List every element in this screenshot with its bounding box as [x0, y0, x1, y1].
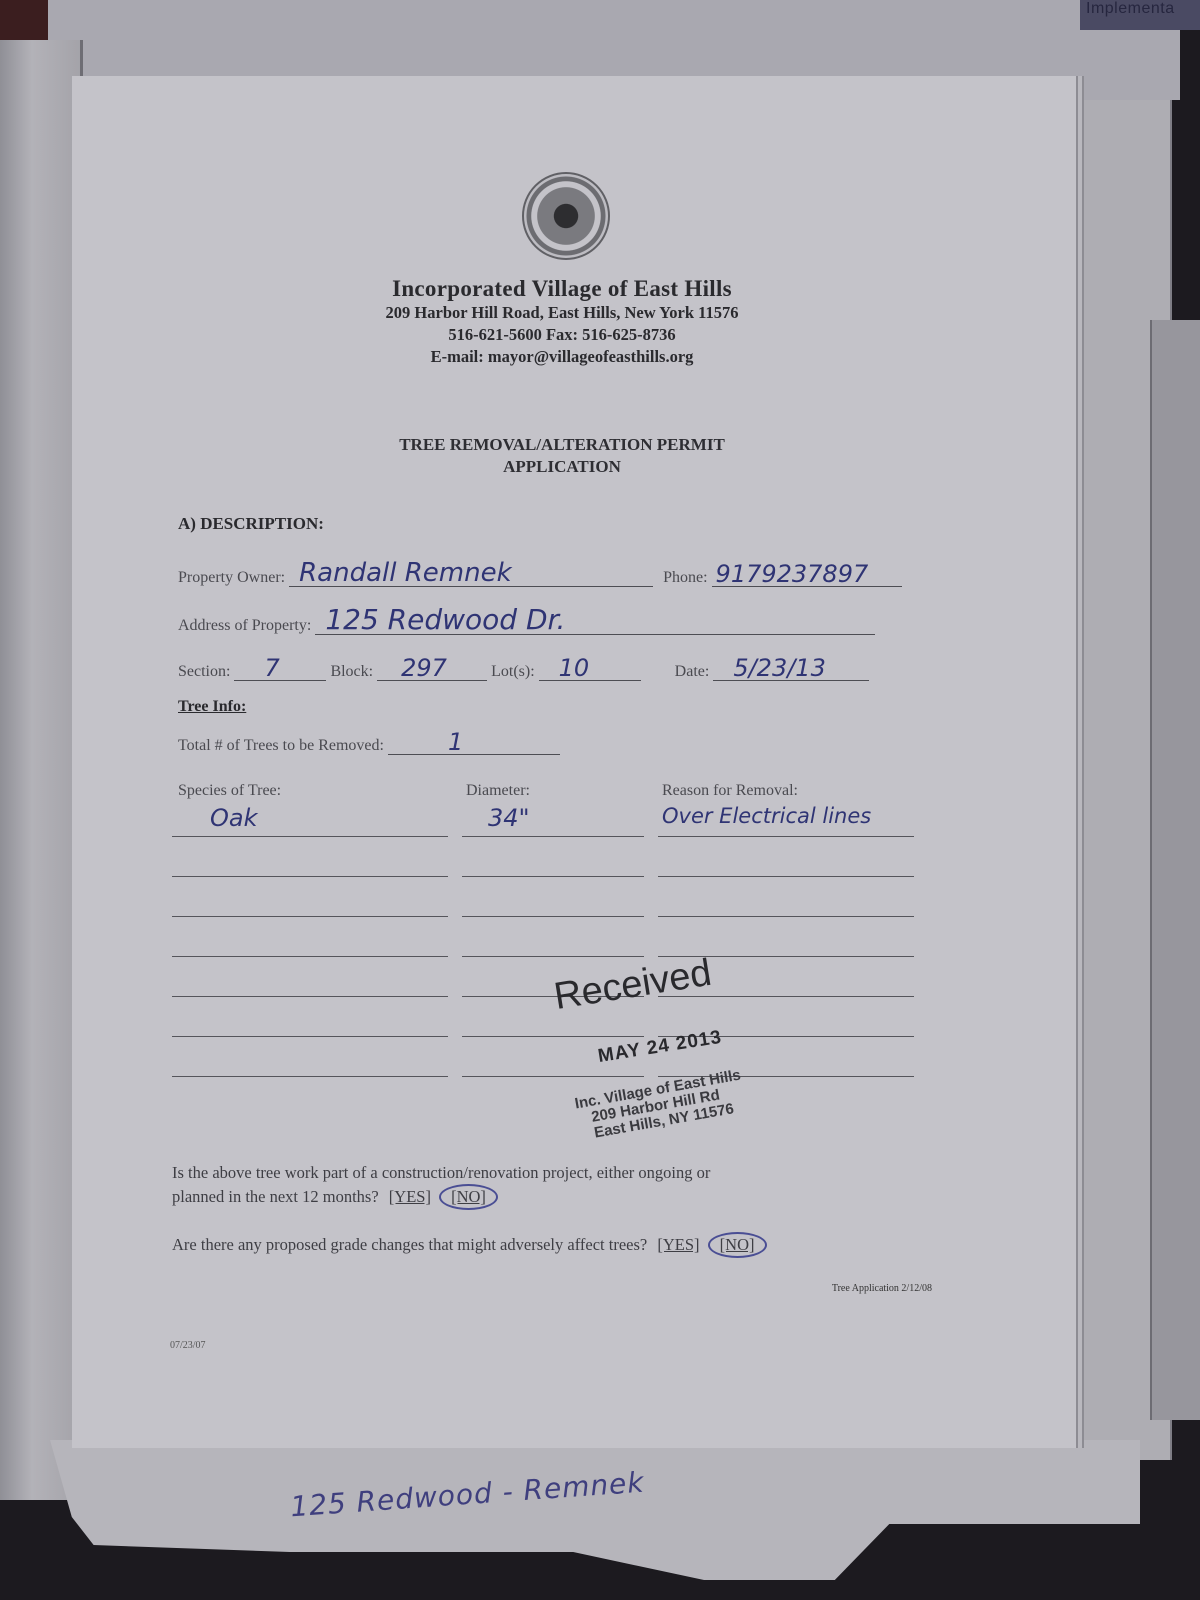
- tree-reason-value: Over Electrical lines: [662, 804, 871, 828]
- received-stamp-address: Inc. Village of East Hills 209 Harbor Hi…: [574, 1068, 748, 1144]
- tree-table-cell-line[interactable]: [462, 1076, 644, 1077]
- address-field[interactable]: 125 Redwood Dr.: [315, 608, 875, 635]
- address-row: Address of Property: 125 Redwood Dr.: [178, 608, 875, 635]
- address-label: Address of Property:: [178, 617, 311, 635]
- construction-yes-option[interactable]: [YES]: [389, 1187, 431, 1206]
- background-folder-label: Implementa: [1080, 0, 1200, 30]
- property-owner-field[interactable]: Randall Remnek: [289, 560, 653, 587]
- form-version-code: Tree Application 2/12/08: [832, 1283, 932, 1294]
- question-construction-line1: Is the above tree work part of a constru…: [172, 1162, 710, 1184]
- tree-table-cell-line[interactable]: [172, 1076, 448, 1077]
- tree-table-cell-line[interactable]: [658, 916, 914, 917]
- tree-table-cell-line[interactable]: [172, 916, 448, 917]
- tree-table-cell-line[interactable]: [172, 836, 448, 837]
- column-header-diameter: Diameter:: [466, 782, 530, 800]
- total-trees-field[interactable]: 1: [388, 728, 560, 755]
- tree-table-cell-line[interactable]: [172, 876, 448, 877]
- form-content: Incorporated Village of East Hills 209 H…: [172, 76, 952, 1448]
- background-right-sheet: [1150, 320, 1200, 1420]
- received-stamp-date: MAY 24 2013: [597, 1027, 724, 1068]
- tree-table-cell-line[interactable]: [172, 996, 448, 997]
- tree-table-cell-line[interactable]: [462, 876, 644, 877]
- tree-species-value: Oak: [210, 804, 258, 832]
- village-seal-icon: [522, 172, 610, 260]
- permit-form-page: Incorporated Village of East Hills 209 H…: [72, 76, 1076, 1448]
- date-field[interactable]: 5/23/13: [713, 654, 869, 681]
- folder-label-text: Implementa: [1086, 0, 1175, 18]
- property-owner-label: Property Owner:: [178, 569, 285, 587]
- lots-value: 10: [559, 654, 590, 682]
- block-field[interactable]: 297: [377, 654, 487, 681]
- organization-address: 209 Harbor Hill Road, East Hills, New Yo…: [172, 302, 952, 324]
- form-footer-left-code: 07/23/07: [170, 1340, 206, 1351]
- tree-table-cell-line[interactable]: [658, 836, 914, 837]
- organization-name: Incorporated Village of East Hills: [172, 276, 952, 302]
- phone-value: 9179237897: [716, 560, 869, 588]
- organization-email: E-mail: mayor@villageofeasthills.org: [172, 346, 952, 368]
- address-value: 125 Redwood Dr.: [325, 603, 565, 636]
- form-title-line1: TREE REMOVAL/ALTERATION PERMIT: [172, 434, 952, 456]
- background-left-binder: [0, 40, 83, 1500]
- section-label: Section:: [178, 663, 230, 681]
- question-construction-line2: planned in the next 12 months? [YES] [NO…: [172, 1184, 710, 1210]
- grade-changes-no-option-circled[interactable]: [NO]: [708, 1232, 767, 1258]
- property-owner-value: Randall Remnek: [299, 558, 512, 588]
- block-label: Block:: [330, 663, 373, 681]
- tree-table-cell-line[interactable]: [462, 956, 644, 957]
- section-value: 7: [264, 654, 279, 682]
- form-title: TREE REMOVAL/ALTERATION PERMIT APPLICATI…: [172, 434, 952, 478]
- tree-table-cell-line[interactable]: [172, 956, 448, 957]
- parcel-row: Section: 7 Block: 297 Lot(s): 10 Date: 5…: [178, 654, 869, 681]
- total-trees-label: Total # of Trees to be Removed:: [178, 737, 384, 755]
- total-trees-value: 1: [448, 728, 463, 756]
- phone-label: Phone:: [663, 569, 707, 587]
- lots-label: Lot(s):: [491, 663, 535, 681]
- question-construction: Is the above tree work part of a constru…: [172, 1162, 710, 1210]
- tree-table-cell-line[interactable]: [462, 836, 644, 837]
- question-grade-changes-text: Are there any proposed grade changes tha…: [172, 1235, 647, 1254]
- block-value: 297: [401, 654, 447, 682]
- form-title-line2: APPLICATION: [172, 456, 952, 478]
- received-stamp-title: Received: [551, 952, 714, 1019]
- date-label: Date:: [675, 663, 710, 681]
- tree-diameter-value: 34": [488, 804, 530, 832]
- tree-table-cell-line[interactable]: [658, 876, 914, 877]
- lots-field[interactable]: 10: [539, 654, 641, 681]
- tree-table-cell-line[interactable]: [172, 1036, 448, 1037]
- organization-phone-fax: 516-621-5600 Fax: 516-625-8736: [172, 324, 952, 346]
- phone-field[interactable]: 9179237897: [712, 560, 902, 587]
- letterhead: Incorporated Village of East Hills 209 H…: [172, 276, 952, 368]
- tree-info-heading: Tree Info:: [178, 698, 246, 716]
- column-header-reason: Reason for Removal:: [662, 782, 798, 800]
- construction-no-option-circled[interactable]: [NO]: [439, 1184, 498, 1210]
- column-header-species: Species of Tree:: [178, 782, 281, 800]
- tree-table-cell-line[interactable]: [462, 1036, 644, 1037]
- background-bottom-sheet: [50, 1440, 1140, 1580]
- section-field[interactable]: 7: [234, 654, 326, 681]
- section-heading-description: A) DESCRIPTION:: [178, 514, 324, 534]
- tree-table-cell-line[interactable]: [462, 916, 644, 917]
- question-grade-changes: Are there any proposed grade changes tha…: [172, 1232, 767, 1258]
- total-trees-row: Total # of Trees to be Removed: 1: [178, 728, 560, 755]
- grade-changes-yes-option[interactable]: [YES]: [657, 1235, 699, 1254]
- date-value: 5/23/13: [733, 654, 826, 682]
- owner-row: Property Owner: Randall Remnek Phone: 91…: [178, 560, 902, 587]
